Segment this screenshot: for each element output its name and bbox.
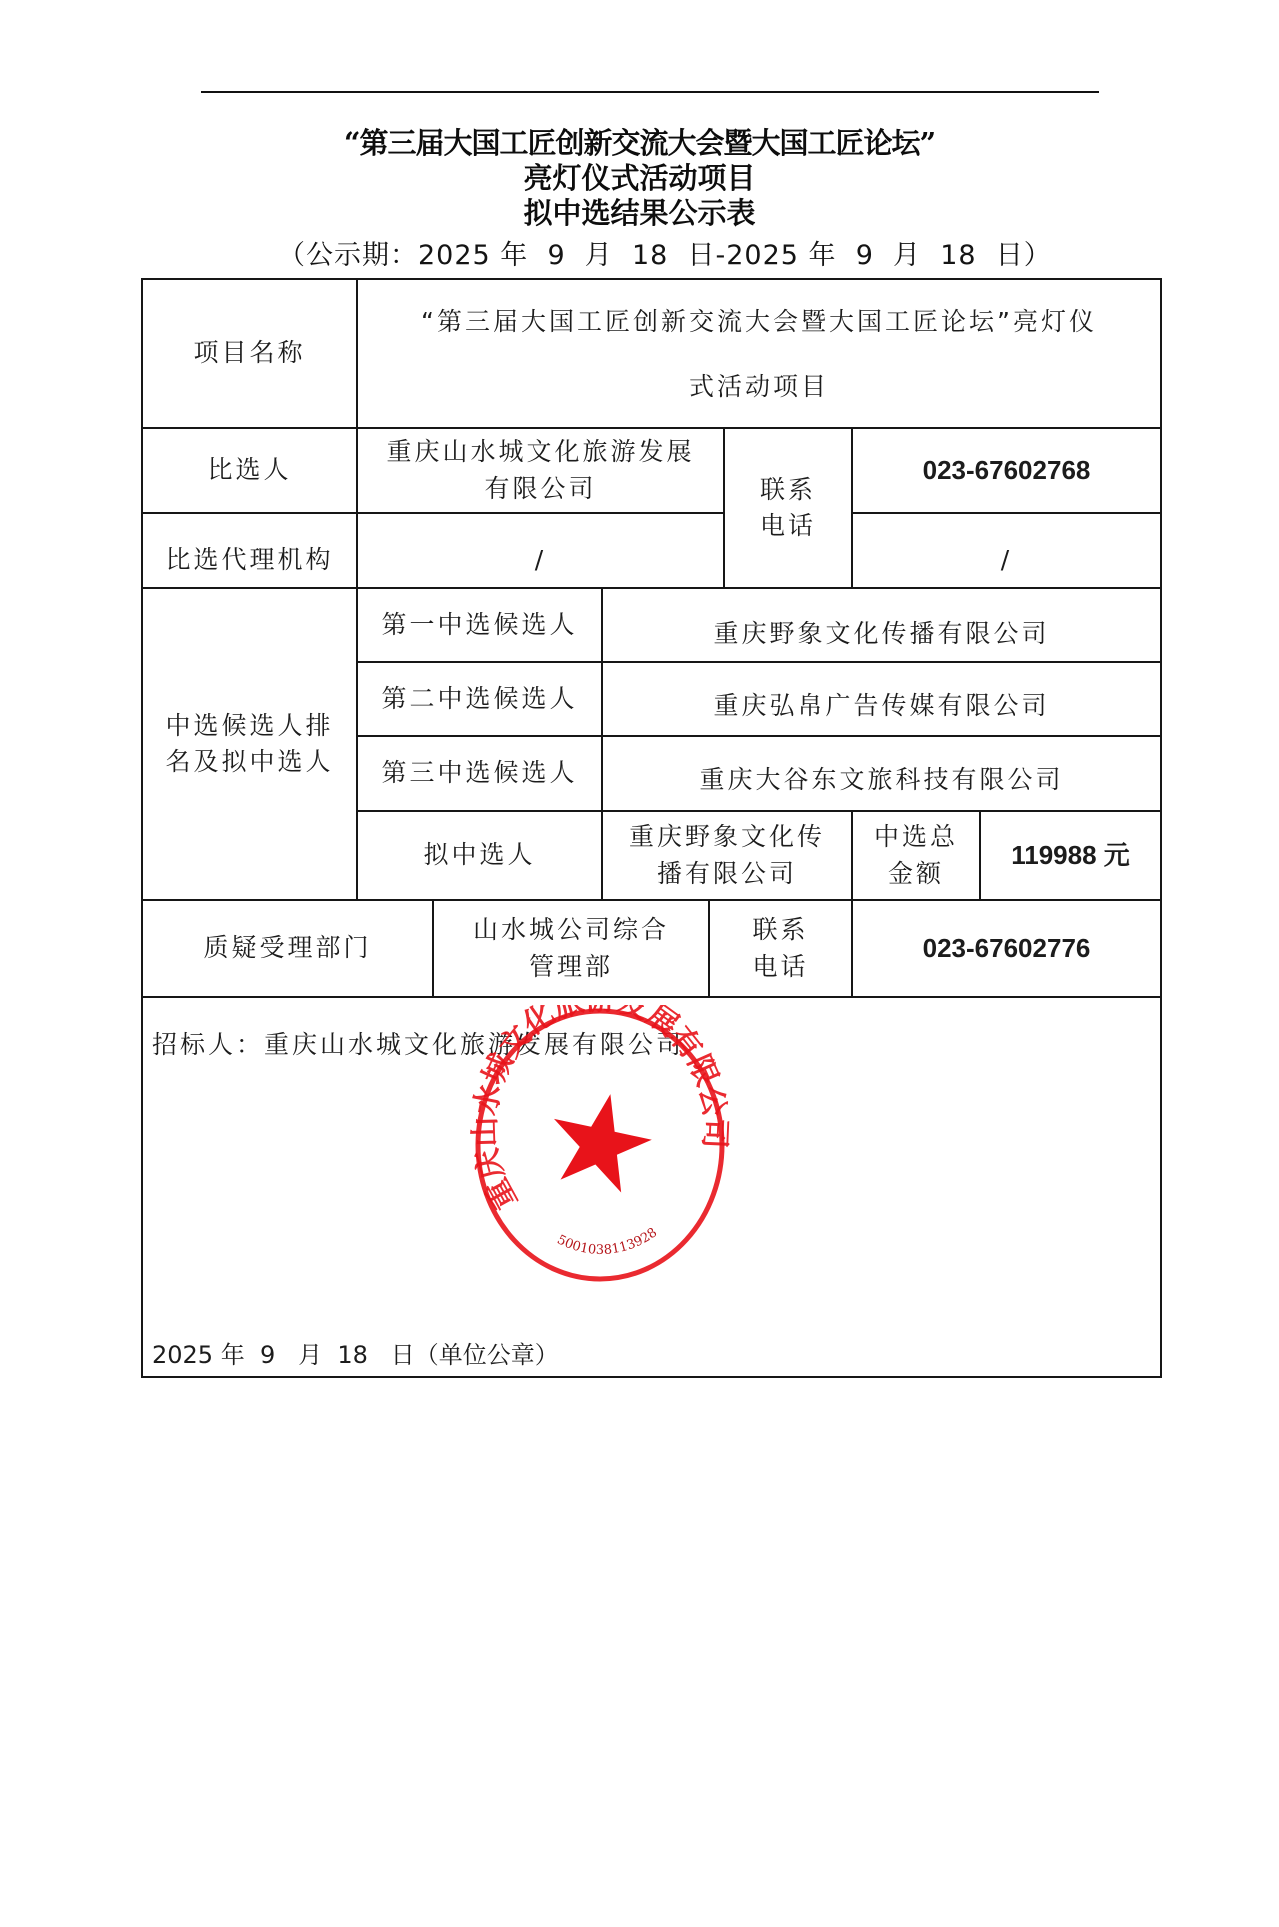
star-icon [542,1084,659,1197]
proposed-winner-name: 重庆野象文化传播有限公司 [603,812,851,899]
candidate-1-rank: 第一中选候选人 [358,589,601,661]
complaint-dept-value: 山水城公司综合管理部 [434,901,708,996]
rule [141,996,1162,998]
seal-code: 5001038113928 [555,1225,661,1258]
table-border-bottom [141,1376,1162,1378]
candidate-2-rank: 第二中选候选人 [358,663,601,735]
agency-value: / [358,514,723,587]
selector-label: 比选人 [143,429,356,512]
candidate-1-name: 重庆野象文化传播有限公司 [603,589,1160,661]
project-name-label: 项目名称 [143,280,356,427]
candidate-3-name: 重庆大谷东文旅科技有限公司 [603,737,1160,810]
document-title-line3: 拟中选结果公示表 [0,191,1279,232]
top-rule [201,91,1099,93]
ranking-label: 中选候选人排名及拟中选人 [143,589,356,899]
svg-text:重庆山水城文化旅游发展有限公司: 重庆山水城文化旅游发展有限公司 [470,1005,730,1215]
project-name-value: “第三届大国工匠创新交流大会暨大国工匠论坛”亮灯仪 式活动项目 [358,280,1160,427]
complaint-contact-phone-label: 联系电话 [710,901,851,996]
total-amount-label: 中选总金额 [853,812,979,899]
sign-date: 2025 年 9 月 18 日（单位公章） [152,1335,559,1370]
proposed-winner-label: 拟中选人 [358,812,601,899]
selector-phone: 023-67602768 [853,429,1160,512]
table-border-right [1160,278,1162,1378]
seal-ring-text: 重庆山水城文化旅游发展有限公司 [470,1005,730,1215]
project-name-line2: 式活动项目 [689,354,829,419]
total-amount-value: 119988 元 [981,812,1160,899]
publicity-period: （公示期：2025 年 9 月 18 日-2025 年 9 月 18 日） [278,233,1052,272]
company-seal-icon: 重庆山水城文化旅游发展有限公司 5001038113928 [470,1005,730,1285]
agency-phone: / [853,514,1160,587]
complaint-phone: 023-67602776 [853,901,1160,996]
selector-contact-phone-label: 联系电话 [725,429,851,587]
candidate-3-rank: 第三中选候选人 [358,737,601,810]
svg-text:5001038113928: 5001038113928 [555,1225,661,1258]
project-name-line1: “第三届大国工匠创新交流大会暨大国工匠论坛”亮灯仪 [421,289,1097,354]
agency-label: 比选代理机构 [143,514,356,587]
complaint-dept-label: 质疑受理部门 [143,901,432,996]
selector-value: 重庆山水城文化旅游发展有限公司 [358,429,723,512]
candidate-2-name: 重庆弘帛广告传媒有限公司 [603,663,1160,735]
